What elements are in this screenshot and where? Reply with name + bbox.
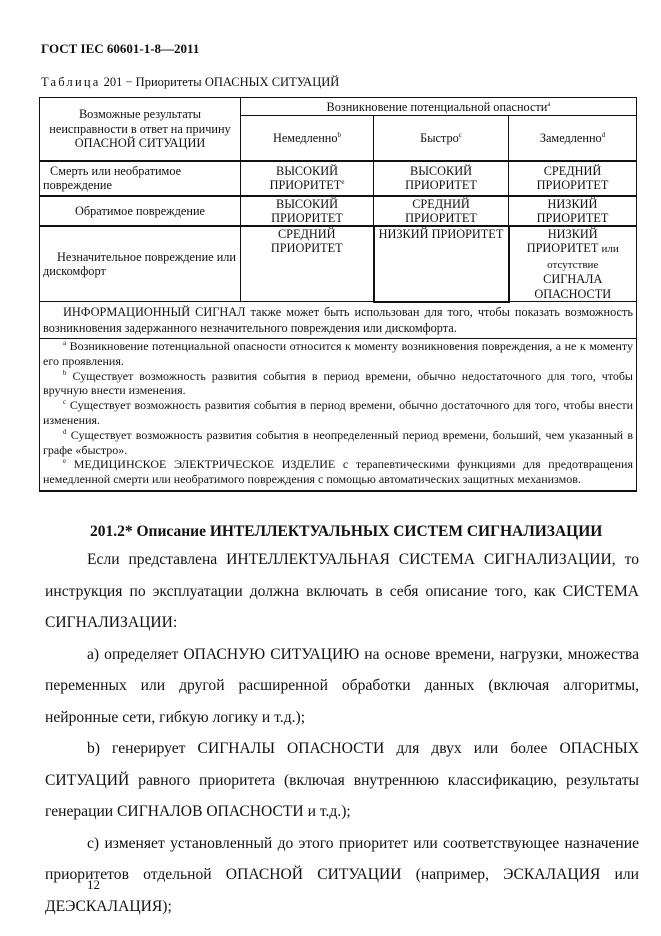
- list-item: a) определяет ОПАСНУЮ СИТУАЦИЮ на основе…: [45, 639, 639, 734]
- intro-paragraph: Если представлена ИНТЕЛЛЕКТУАЛЬНАЯ СИСТЕ…: [45, 544, 639, 639]
- footnote: e МЕДИЦИНСКОЕ ЭЛЕКТРИЧЕСКОЕ ИЗДЕЛИЕ с те…: [43, 457, 633, 487]
- footnotes-row: a Возникновение потенциальной опасности …: [40, 338, 637, 490]
- table-caption-text: 201 − Приоритеты ОПАСНЫХ СИТУАЦИЙ: [104, 75, 340, 89]
- priority-text: СИГНАЛА ОПАСНОСТИ: [534, 272, 611, 301]
- footnote-text: Существует возможность развития события …: [43, 398, 633, 427]
- priority-cell: ВЫСОКИЙ ПРИОРИТЕТe: [241, 161, 374, 196]
- header-prompt: Быстроc: [374, 116, 509, 161]
- footnote-mark: b: [338, 131, 342, 139]
- priority-table: Возможные результаты неисправности в отв…: [39, 97, 637, 492]
- footnote-mark: c: [459, 131, 462, 139]
- document-header: ГОСТ IEC 60601-1-8—2011: [41, 41, 199, 57]
- footnote-mark: d: [602, 131, 606, 139]
- column-label: Немедленно: [273, 131, 338, 145]
- table-row: Обратимое повреждение ВЫСОКИЙ ПРИОРИТЕТ …: [40, 196, 637, 226]
- footnote: c Существует возможность развития событи…: [43, 398, 633, 428]
- footnote-mark: d: [63, 428, 67, 436]
- outcome-text: Смерть или необратимое повреждение: [43, 164, 181, 192]
- list-item: c) изменяет установленный до этого приор…: [45, 828, 639, 923]
- footnote-text: МЕДИЦИНСКОЕ ЭЛЕКТРИЧЕСКОЕ ИЗДЕЛИЕ с тера…: [43, 457, 633, 486]
- table-caption-label: Таблица: [41, 75, 101, 89]
- header-occurrence: Возникновение потенциальной опасностиa: [241, 98, 637, 116]
- priority-cell: СРЕДНИЙ ПРИОРИТЕТ: [241, 226, 374, 302]
- info-note: ИНФОРМАЦИОННЫЙ СИГНАЛ также может быть и…: [40, 302, 637, 339]
- priority-cell: ВЫСОКИЙ ПРИОРИТЕТ: [241, 196, 374, 226]
- footnote: d Существует возможность развития событи…: [43, 428, 633, 458]
- column-label: Быстро: [420, 131, 459, 145]
- footnotes: a Возникновение потенциальной опасности …: [40, 338, 637, 490]
- table-row: Смерть или необратимое повреждение ВЫСОК…: [40, 161, 637, 196]
- outcome-text: Незначительное повреждение или дискомфор…: [43, 250, 236, 278]
- info-note-row: ИНФОРМАЦИОННЫЙ СИГНАЛ также может быть и…: [40, 302, 637, 339]
- outcome-cell: Обратимое повреждение: [40, 196, 241, 226]
- list-item: b) генерирует СИГНАЛЫ ОПАСНОСТИ для двух…: [45, 733, 639, 828]
- footnote-mark: e: [341, 177, 344, 185]
- section-body: Если представлена ИНТЕЛЛЕКТУАЛЬНАЯ СИСТЕ…: [45, 544, 639, 922]
- footnote-text: Возникновение потенциальной опасности от…: [43, 339, 633, 368]
- table-caption: Таблица 201 − Приоритеты ОПАСНЫХ СИТУАЦИ…: [41, 75, 339, 90]
- header-outcome: Возможные результаты неисправности в отв…: [40, 98, 241, 161]
- priority-text: НИЗКИЙ ПРИОРИТЕТ: [527, 227, 599, 256]
- footnote-mark: e: [63, 457, 66, 465]
- priority-text: ВЫСОКИЙ ПРИОРИТЕТ: [270, 164, 342, 192]
- footnote-mark: c: [63, 398, 66, 406]
- column-label: Замедленно: [540, 131, 602, 145]
- outcome-cell: Незначительное повреждение или дискомфор…: [40, 226, 241, 302]
- list-item-text: b) генерирует СИГНАЛЫ ОПАСНОСТИ для двух…: [45, 740, 639, 820]
- header-occurrence-label: Возникновение потенциальной опасности: [327, 100, 548, 114]
- footnote-text: Существует возможность развития события …: [43, 428, 633, 457]
- priority-cell: СРЕДНИЙ ПРИОРИТЕТ: [374, 196, 509, 226]
- list-item-text: c) изменяет установленный до этого приор…: [45, 835, 639, 915]
- footnote-text: Существует возможность развития события …: [43, 369, 633, 398]
- header-immediate: Немедленноb: [241, 116, 374, 161]
- priority-cell: НИЗКИЙ ПРИОРИТЕТ: [374, 226, 509, 302]
- list-item-text: a) определяет ОПАСНУЮ СИТУАЦИЮ на основе…: [45, 646, 639, 726]
- priority-cell: НИЗКИЙ ПРИОРИТЕТ или отсутствие СИГНАЛА …: [509, 226, 637, 302]
- page-number: 12: [87, 877, 100, 893]
- priority-cell: ВЫСОКИЙ ПРИОРИТЕТ: [374, 161, 509, 196]
- footnote: a Возникновение потенциальной опасности …: [43, 339, 633, 369]
- section-heading: 201.2* Описание ИНТЕЛЛЕКТУАЛЬНЫХ СИСТЕМ …: [90, 523, 602, 541]
- priority-cell: НИЗКИЙ ПРИОРИТЕТ: [509, 196, 637, 226]
- info-note-text: ИНФОРМАЦИОННЫЙ СИГНАЛ также может быть и…: [43, 305, 633, 335]
- priority-cell: СРЕДНИЙ ПРИОРИТЕТ: [509, 161, 637, 196]
- footnote-mark: a: [547, 99, 550, 107]
- header-delayed: Замедленноd: [509, 116, 637, 161]
- footnote-mark: b: [63, 369, 67, 377]
- footnote-mark: a: [63, 339, 66, 347]
- footnote: b Существует возможность развития событи…: [43, 369, 633, 399]
- table-row: Незначительное повреждение или дискомфор…: [40, 226, 637, 302]
- outcome-cell: Смерть или необратимое повреждение: [40, 161, 241, 196]
- intro-text: Если представлена ИНТЕЛЛЕКТУАЛЬНАЯ СИСТЕ…: [45, 551, 639, 631]
